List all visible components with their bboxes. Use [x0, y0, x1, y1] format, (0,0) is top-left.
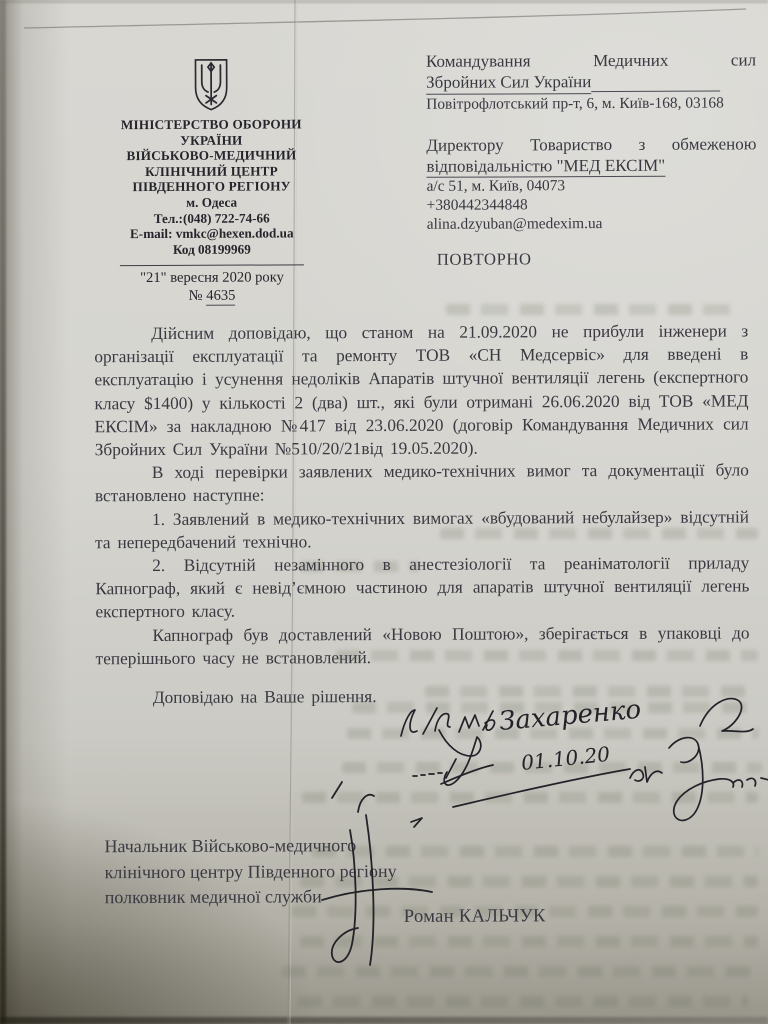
- coat-of-arms-icon: [192, 57, 230, 113]
- document-photo: МІНІСТЕРСТВО ОБОРОНИ УКРАЇНИ ВІЙСЬКОВО-М…: [0, 0, 768, 1024]
- signoff-title-line: клінічного центру Південного регіону: [105, 858, 525, 885]
- recipient-director-line1: Директору Товариство з обмеженою: [426, 134, 756, 156]
- letter-number: № 4635: [111, 287, 313, 306]
- handwriting-signature: [669, 738, 768, 821]
- recipient-command-line2-text: Збройних Сил України: [426, 72, 591, 95]
- recipient-phone: +380442344848: [427, 194, 757, 214]
- org-line: МІНІСТЕРСТВО ОБОРОНИ: [110, 116, 312, 132]
- handwriting-scribble: [401, 708, 450, 736]
- handwriting-name: Захаренко: [498, 695, 642, 737]
- signature-stroke: [358, 795, 374, 812]
- letter-date: "21" вересня 2020 року: [111, 269, 313, 288]
- letterhead: МІНІСТЕРСТВО ОБОРОНИ УКРАЇНИ ВІЙСЬКОВО-М…: [110, 56, 313, 305]
- recipient-director-line2-text: відповідальністю "МЕД ЕКСІМ": [426, 155, 665, 177]
- recipient-command-line2: Збройних Сил України: [426, 71, 756, 95]
- letter-number-prefix: №: [189, 288, 203, 304]
- spacer: [426, 112, 756, 135]
- org-line: КЛІНІЧНИЙ ЦЕНТР: [110, 163, 312, 179]
- handwriting-underline-stroke: [453, 769, 630, 807]
- letter-body: Дійсним доповідаю, що станом на 21.09.20…: [94, 319, 750, 709]
- letterhead-city: м. Одеса: [111, 194, 313, 210]
- letterhead-phone: Тел.:(048) 722-74-66: [111, 210, 313, 226]
- paragraph: Дійсним доповідаю, що станом на 21.09.20…: [94, 319, 749, 461]
- paragraph: 2. Відсутній незамінного в анестезіологі…: [95, 551, 749, 623]
- handwriting-scribble: [630, 767, 662, 782]
- org-line: ПІВДЕННОГО РЕГІОНУ: [111, 179, 313, 195]
- recipient-po-box: а/с 51, м. Київ, 04073: [427, 175, 757, 195]
- paragraph: 1. Заявлений в медико-технічних вимогах …: [95, 505, 749, 554]
- letterhead-code: Код 08199969: [111, 241, 313, 257]
- handwriting-flourish: [700, 699, 753, 732]
- recipient-command-line1: Командування Медичних сил: [426, 50, 756, 72]
- recipient-email: alina.dzyuban@medexim.ua: [427, 213, 757, 233]
- recipient-command-address: Повітрофлотський пр-т, 6, м. Київ-168, 0…: [426, 93, 756, 113]
- repeat-mark: ПОВТОРНО: [427, 248, 757, 270]
- org-line: УКРАЇНИ: [110, 132, 312, 148]
- organization-name: МІНІСТЕРСТВО ОБОРОНИ УКРАЇНИ ВІЙСЬКОВО-М…: [110, 116, 312, 195]
- letterhead-divider: [120, 265, 304, 267]
- paragraph: В ході перевірки заявлених медико-техніч…: [95, 459, 749, 508]
- org-line: ВІЙСЬКОВО-МЕДИЧНИЙ: [110, 147, 312, 163]
- signoff-title: Начальник Військово-медичного клінічного…: [104, 832, 524, 910]
- signature-stroke: [322, 889, 432, 900]
- signature-stroke: [332, 782, 342, 798]
- pen-signature: [316, 768, 456, 983]
- handwriting-scribble: [459, 711, 495, 732]
- letter-number-value: 4635: [206, 288, 235, 306]
- letterhead-email: E-mail: vmkc@hexen.dod.ua: [111, 225, 313, 241]
- paragraph: Капнограф був доставлений «Новою Поштою»…: [95, 621, 749, 670]
- underline-tail: [591, 91, 720, 93]
- recipient-director-line2: відповідальністю "МЕД ЕКСІМ": [426, 155, 756, 177]
- recipient-block: Командування Медичних сил Збройних Сил У…: [426, 50, 757, 270]
- handwriting-date: 01.10.20: [520, 742, 611, 775]
